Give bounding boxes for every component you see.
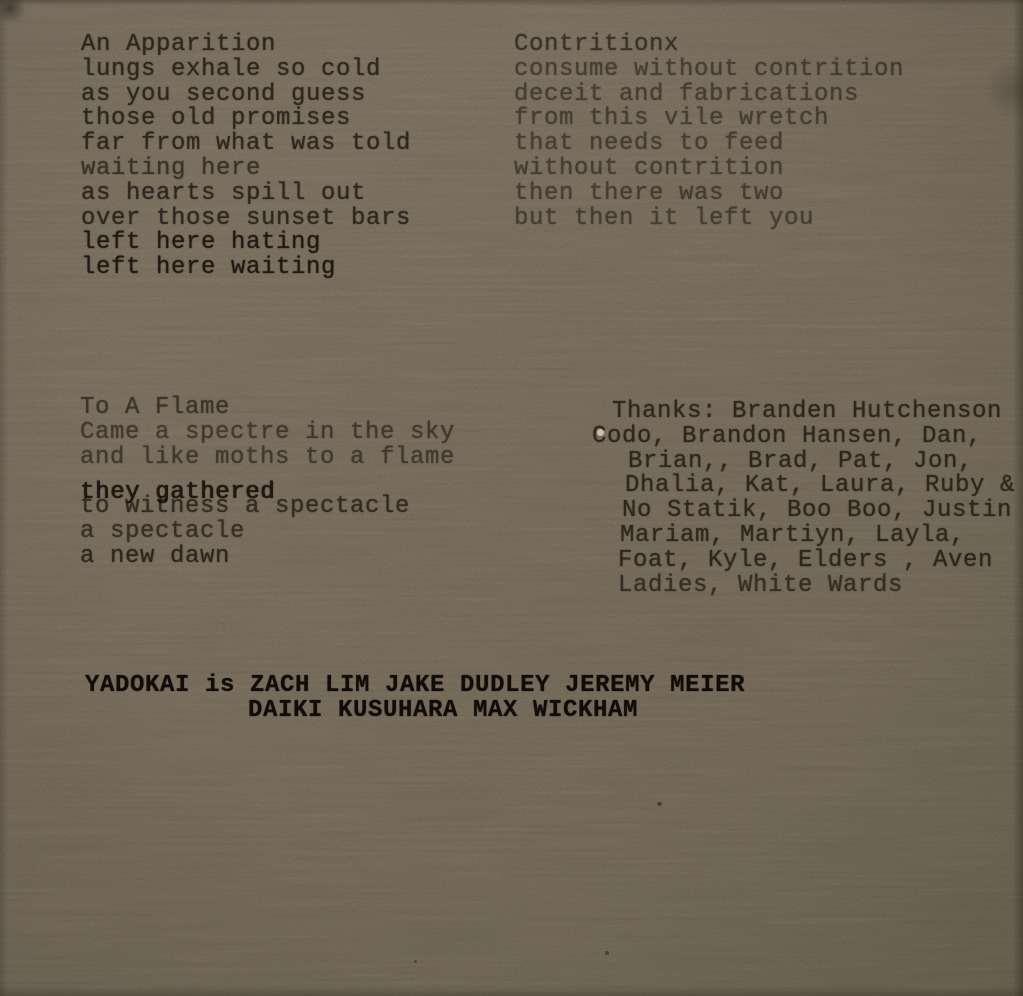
paper-speck [657, 802, 662, 806]
poem-line: over those sunset bars [81, 207, 411, 232]
poem-line: consume without contrition [514, 58, 904, 83]
scanned-liner-notes-page: An Apparition lungs exhale so coldas you… [0, 0, 1023, 996]
poem-title: Contritionx [514, 33, 904, 58]
thanks-line: Brian,, Brad, Pat, Jon, [628, 450, 1015, 475]
poem-line: to witness a spectacle [80, 495, 455, 520]
thanks-line: Ladies, White Wards [618, 574, 1015, 599]
poem-line: as you second guess [81, 83, 411, 108]
poem-line: lungs exhale so cold [81, 58, 411, 83]
poem-line: a new dawn [80, 545, 455, 570]
thanks-line: Mariam, Martiyn, Layla, [620, 524, 1015, 549]
thanks-line: Foat, Kyle, Elders , Aven [618, 549, 1015, 574]
poem-lines: Came a spectre in the skyand like moths … [80, 421, 455, 570]
paper-speck [414, 960, 417, 963]
poem-line: deceit and fabrications [514, 83, 904, 108]
thanks-line: Codo, Brandon Hansen, Dan, [592, 425, 1015, 450]
credits-line: DAIKI KUSUHARA MAX WICKHAM [248, 699, 745, 724]
poem-line: Came a spectre in the sky [80, 421, 455, 446]
poem-line: a spectacle [80, 520, 455, 545]
poem-lines: lungs exhale so coldas you second guesst… [81, 58, 411, 281]
poem-contrition: Contritionx consume without contritionde… [514, 33, 904, 231]
poem-to-a-flame: To A Flame Came a spectre in the skyand … [80, 396, 455, 570]
poem-title: An Apparition [81, 33, 411, 58]
poem-line: from this vile wretch [514, 107, 904, 132]
thanks-lines: Thanks: Branden HutchensonCodo, Brandon … [592, 400, 1015, 598]
paper-speck [605, 951, 609, 955]
poem-line: left here hating [81, 231, 411, 256]
poem-line: left here waiting [81, 256, 411, 281]
band-credits: YADOKAI is ZACH LIM JAKE DUDLEY JEREMY M… [85, 674, 745, 724]
poem-line: without contrition [514, 157, 904, 182]
poem-title: To A Flame [80, 396, 455, 421]
paper-fleck [597, 429, 604, 436]
poem-line: those old promises [81, 107, 411, 132]
poem-line: that needs to feed [514, 132, 904, 157]
poem-line: waiting here [81, 157, 411, 182]
poem-an-apparition: An Apparition lungs exhale so coldas you… [81, 33, 411, 281]
thanks-section: Thanks: Branden HutchensonCodo, Brandon … [592, 400, 1015, 598]
poem-line: but then it left you [514, 207, 904, 232]
thanks-line: No Statik, Boo Boo, Justin [622, 499, 1015, 524]
poem-lines: consume without contritiondeceit and fab… [514, 58, 904, 232]
poem-line: as hearts spill out [81, 182, 411, 207]
poem-line: far from what was told [81, 132, 411, 157]
thanks-line: Dhalia, Kat, Laura, Ruby & [625, 474, 1015, 499]
poem-line: and like moths to a flame [80, 446, 455, 471]
thanks-line: Thanks: Branden Hutchenson [612, 400, 1015, 425]
credits-line: YADOKAI is ZACH LIM JAKE DUDLEY JEREMY M… [85, 674, 745, 699]
poem-line: then there was two [514, 182, 904, 207]
